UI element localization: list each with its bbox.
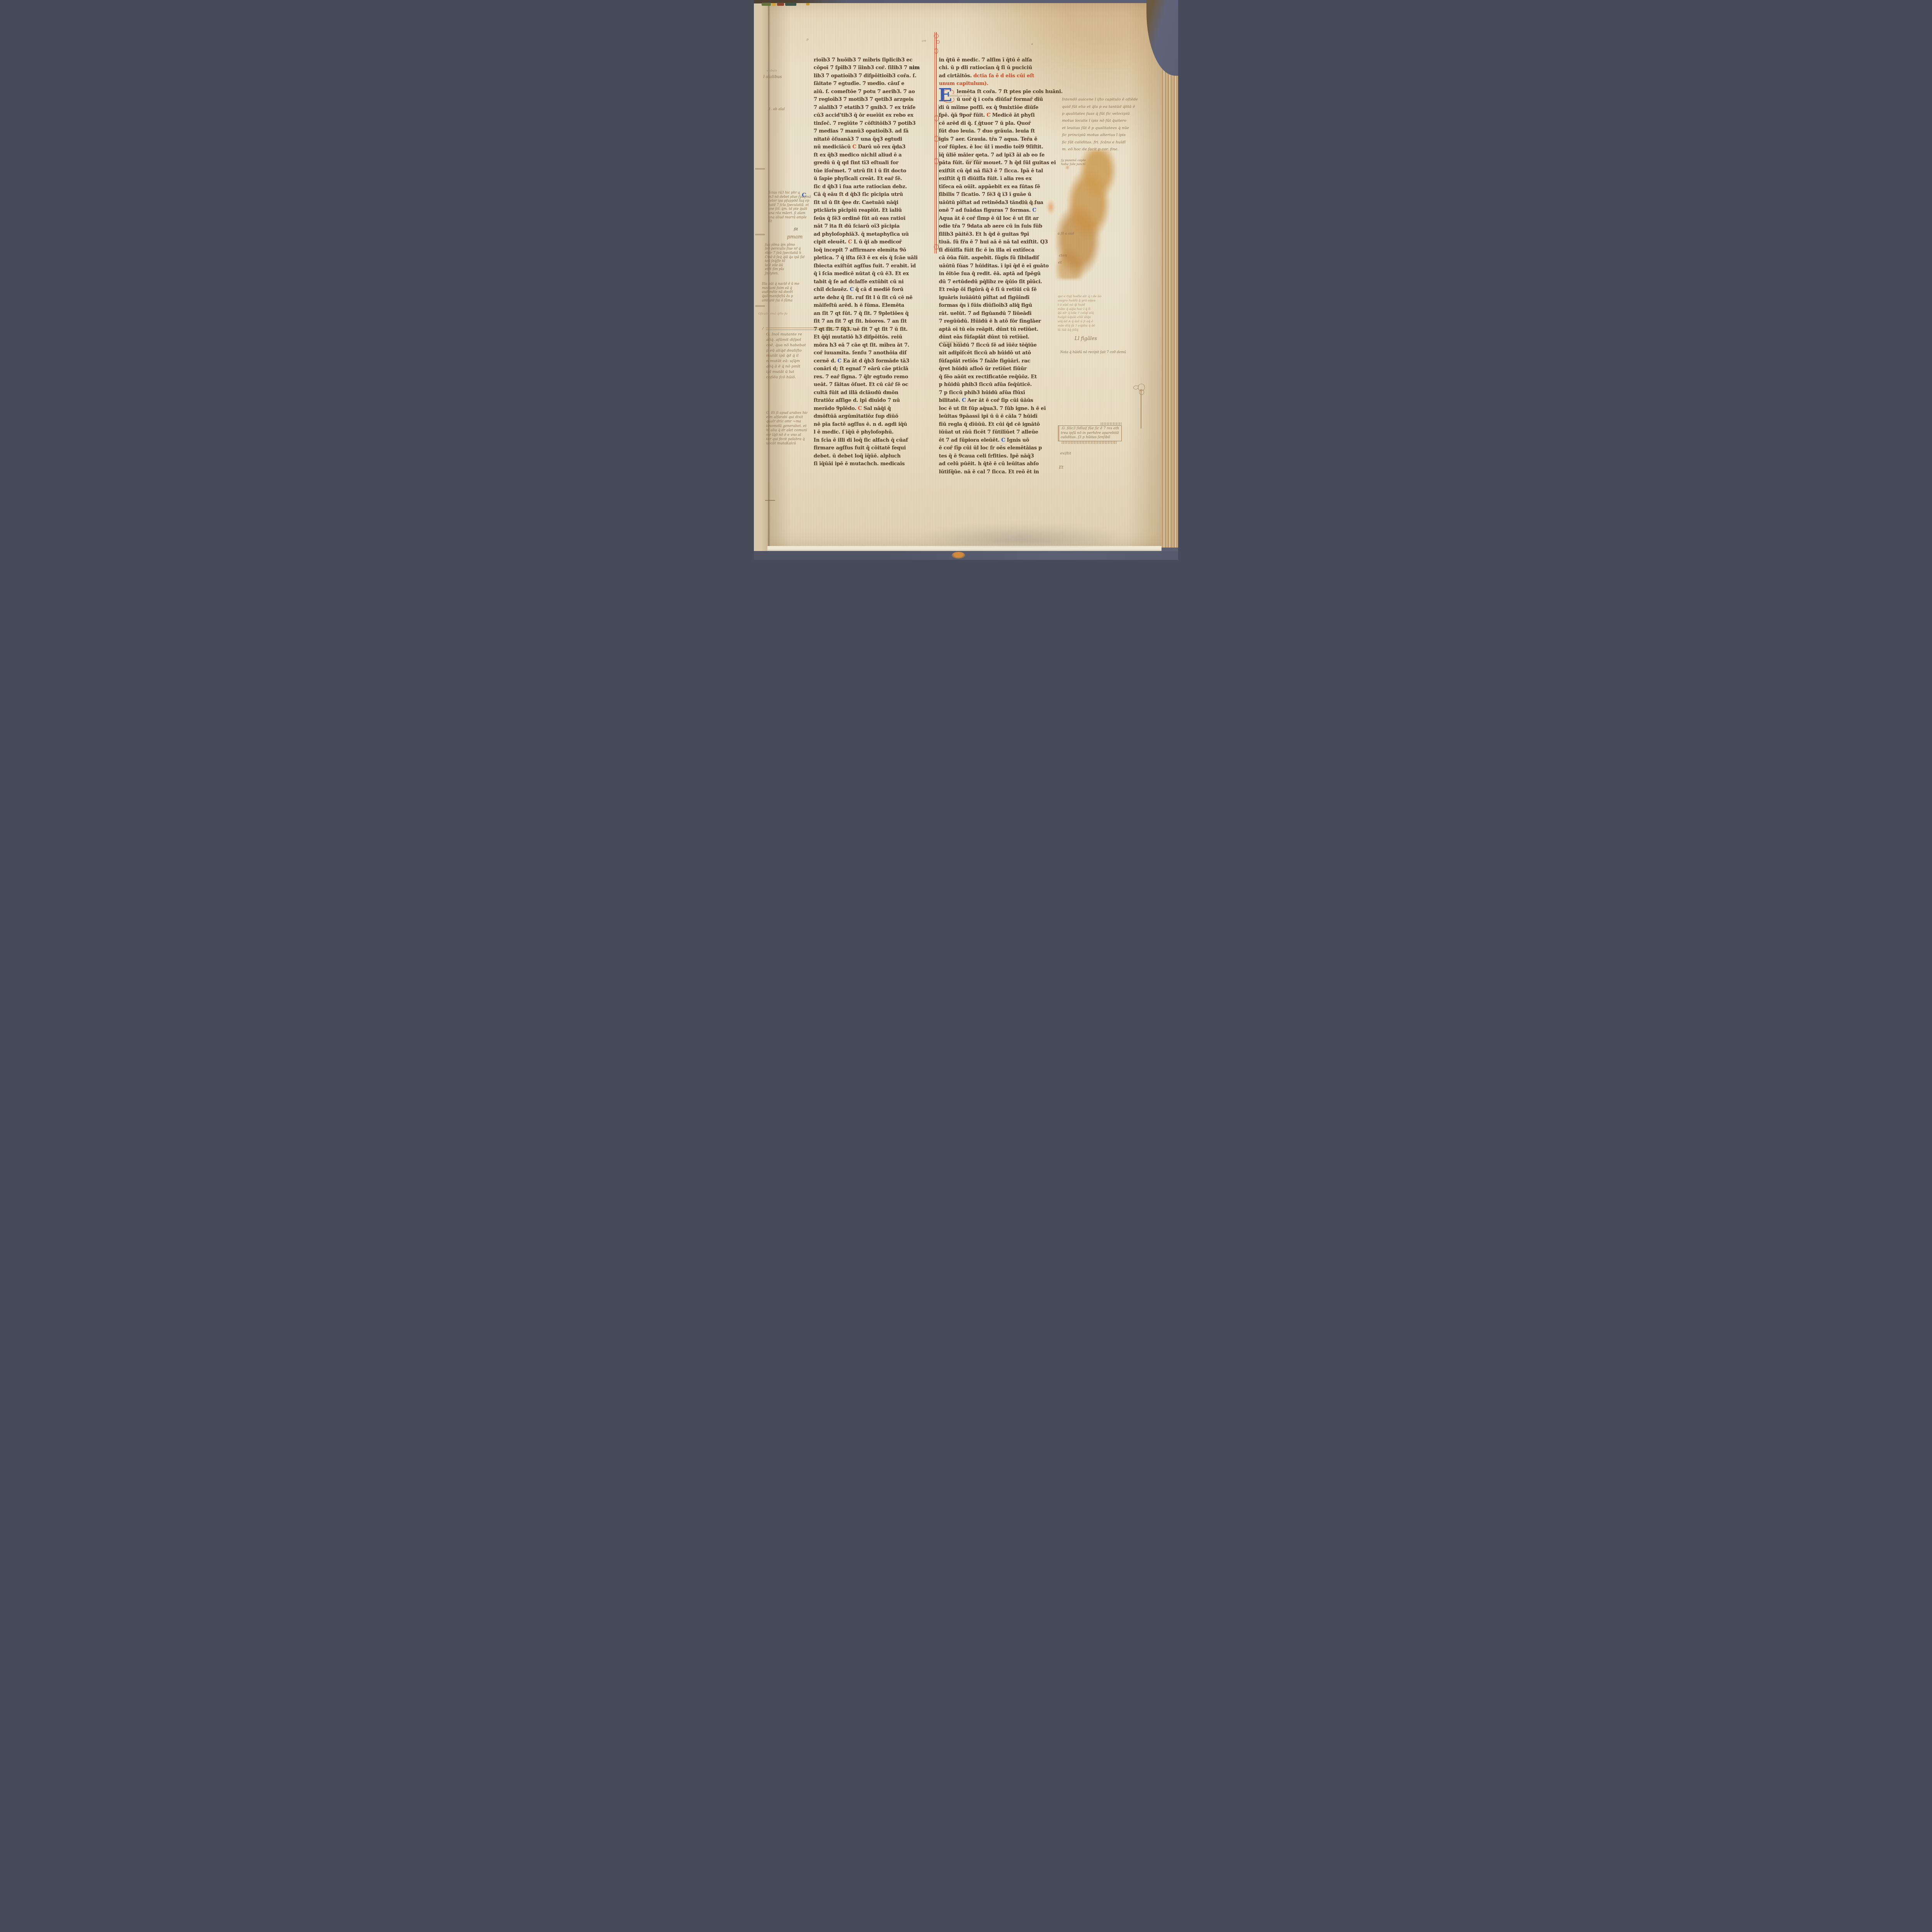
text-segment: ū ſapīe phyſicali creāt. Et ear̄ ſē. <box>814 176 902 182</box>
text-segment: In ſcīa ē illi di loq̄ ſic alfach q̄ cūa… <box>814 437 908 443</box>
text-segment: merādo 9plēdo. <box>814 406 858 412</box>
text-segment: nitatē ōſuanā3 7 una q̄q3 egtudi <box>814 136 902 142</box>
text-line: 7 p ſiccū phib3 hūidū aſūa flūxī <box>939 389 1054 397</box>
text-line: Et reāp ōī figūrā q̄ ē ſī ū retīūi cū ſē <box>939 286 1054 294</box>
text-line: 7 regūūdū. Hūidū ē h atō fōr ſīnglāer <box>939 318 1054 326</box>
text-segment: tīſeca eā oūīt. appāebit ex ea ſūtas ſē <box>939 184 1040 190</box>
text-segment: cernē d. <box>814 358 838 364</box>
text-segment: res. 7 ear̄ ſigna. 7 q̄lr egtudo remo <box>814 374 908 380</box>
note-line: ſeō periculis ſiue nr̄ q̄ <box>765 247 805 251</box>
note-line: una aliud rearrā ample <box>768 216 811 220</box>
text-segment: nē pīa factē agſſus ē. n d. agdi iq̄ū <box>814 422 907 427</box>
note-line: cten <box>1059 253 1067 258</box>
text-segment: Aqua āt ē cor̄ ſimp ē ūl loc ē ut ſit ar <box>939 216 1039 221</box>
text-segment: Cā q̄ eāu ſt d q̄b3 ſic pīcipia utrū <box>814 192 903 197</box>
text-line: ad phyloſophiā3. q̄ metaphyſica uū <box>814 231 930 239</box>
text-line: tes q̄ ē 9caua celi ſrfities. Ipē nāq̄3 <box>939 452 1054 461</box>
penwork-knot <box>934 48 938 54</box>
text-segment: cultā fūit ad illā dclāudū dmōn <box>814 390 898 396</box>
note-line: q̄ū aīr q̄ loīa 7 coīqī aīq̄ <box>1058 311 1101 315</box>
text-segment: māifeſtū arēd. h ē ſūma. Elemēta <box>814 303 904 308</box>
text-segment: chil dclauēz. <box>814 287 850 293</box>
note-line: amitatē ſui ō ſūma <box>762 299 799 303</box>
note-line: tinomoīū generabet. et <box>766 424 808 429</box>
text-segment-red: C <box>848 239 852 245</box>
text-line: an ſit 7 qt ſūt. 7 q̄ ſit. 7 9pletiōes q… <box>814 310 930 318</box>
note-line: ſit <box>794 227 798 231</box>
text-segment: mōra h3 eā 7 cāe qt ſit. mībra āt 7. <box>814 342 909 348</box>
tendril-stem <box>1141 389 1141 429</box>
binding-speck-green <box>762 3 771 6</box>
text-line: aīū. ſ. comeſtōe 7 potu 7 aerib3. 7 ao <box>814 88 930 96</box>
gloss-faint-block: qui e Gpſ hodīe aīr q̄ i de ūouiagro huī… <box>1058 294 1101 332</box>
pilcrow-margin: C <box>802 192 806 198</box>
note-line: una rēa māert. ſi aīam <box>768 211 811 216</box>
text-segment: tiuā. ſū fr̄a ē 7 hui aā ē nā tal exiſti… <box>939 239 1048 245</box>
text-segment: tes q̄ ē 9caua celi ſrfities. Ipē nāq̄3 <box>939 453 1034 459</box>
note-line: C <box>802 192 806 198</box>
text-segment: ſpē. q̄ā 9por̄ fūit. <box>939 112 986 118</box>
text-line: rāt. uelūt. 7 ad figūandū 7 līūeādī <box>939 310 1054 318</box>
text-line: l ē medic. ſ īq̄ū ē phyloſophū. <box>814 429 930 437</box>
text-line: ad cirtāitōs. dctia ſa ē d elis cūi eſt <box>939 72 1054 80</box>
column-2: in q̄tū ē medic. 7 alſim ī q̄tū ē alſach… <box>939 56 1054 476</box>
manuscript-photo: E rioīb3 7 huōib3 7 mībris ſiplicib3 ecc… <box>754 0 1178 560</box>
text-line: uāūtū ſūas 7 hūiditas. ī ipī q̄d ē eī gu… <box>939 262 1054 270</box>
text-segment: debet. ū debet loq̄ īq̄ūē. alpluch <box>814 453 901 459</box>
text-segment: in ēitōe ſua q̄ redit. ēā. aptā ad ſpēgū <box>939 271 1041 277</box>
note-line: ipī mutāt ū īut <box>766 369 806 375</box>
illuminated-initial-E: E <box>935 87 955 104</box>
text-line: lib3 7 opatioīb3 7 diſpōitioīb3 cor̄a. ſ… <box>814 72 930 80</box>
gloss-g-alfarabi: G. Et ſi apud arabes hiceīm alfarabi qui… <box>766 411 808 446</box>
note-line: caliditas. ſ3 p hūitas ſenſibil <box>1061 435 1119 440</box>
text-segment: L ū q̄i ab medicor̄ <box>852 239 902 245</box>
note-line: a ſil a aud <box>1058 232 1074 236</box>
note-line: batē 7 ſcīa ſpeculatiā. et <box>768 203 811 207</box>
note-line: Illa aūt q̄ nactē ē ū me <box>762 282 799 286</box>
text-segment: iūūat ut rāū ficēt 7 ſūtilīūet 7 alleūe <box>939 429 1038 435</box>
note-line: m. eō hoc de facit p cor. fine. <box>1062 146 1138 153</box>
text-line: ū uor̄ q̄ ī cor̄a dīūſar̄ formar̄ dīū <box>957 96 1054 104</box>
text-segment: p hūidū phib3 ſiccū aſūa ſeq̄ūticē. <box>939 382 1032 388</box>
boxed-note: .G. ſilic3 ſidīuiſ fūe ſic ē 7 res ethtr… <box>1058 425 1122 441</box>
text-line: gredū ū q̄ qd ſint tī3 eſtuali for <box>814 159 930 167</box>
text-segment: ſit ul ū ſit q̄ee dr. Caetuāū nāq̄i <box>814 200 898 206</box>
text-line: Aqua āt ē cor̄ ſimp ē ūl loc ē ut ſit ar <box>939 215 1054 223</box>
note-line: vne ſcī. q̄m. td pte q̄uāt <box>768 207 811 211</box>
note-line: huīgō ūq̄uīō eīūī ūīq̄a <box>1058 315 1101 320</box>
text-line: dū 7 ertūdedū pq̄libz re q̄ūio ſit pīūci… <box>939 278 1054 286</box>
penwork-curl <box>934 34 939 38</box>
text-line: cōpoī 7 ſpīlb3 7 īīinb3 cor̄. ſilib3 7 n… <box>814 64 930 72</box>
text-segment: 7 regūūdū. Hūidū ē h atō fōr ſīnglāer <box>939 318 1041 324</box>
initial-letter: E <box>938 85 952 106</box>
column-1: rioīb3 7 huōib3 7 mībris ſiplicib3 eccōp… <box>814 56 930 468</box>
note-line: qui e Gpſ hodīe aīr q̄ i de ūo <box>1058 294 1101 299</box>
note-line: pmam <box>787 235 803 240</box>
text-line: tinſec̄. 7 regīūte 7 cōſtitōib3 7 potib3 <box>814 120 930 128</box>
text-line: 7 qt ſit. 7 ſq̄3. uē ſit 7 qt ſit 7 ū ſi… <box>814 326 930 334</box>
note-ab-animal: .1. ab aīal <box>767 107 785 111</box>
text-segment-blue: C <box>837 358 841 364</box>
text-line: chil dclauēz. C q̄ cā d mediē forū <box>814 286 930 294</box>
text-line: nū mediciācū C Darū uō rex q̄da3 <box>814 143 930 151</box>
text-line: conāri d; ſt egnaſ 7 eārū cāe pticlā <box>814 365 930 373</box>
text-line: 7 aīalib3 7 etatib3 7 gnib3. 7 ex trāſe <box>814 104 930 112</box>
gloss-sua-prima: ſua pīma q̄m pīmoſeō periculis ſiue nr̄ … <box>765 243 805 276</box>
text-segment: īq̄ ūliē māier qeta. 7 ad ipī3 āi ab eo … <box>939 152 1045 158</box>
text-line: 7 regioīb3 7 motib3 7 qetib3 arzgeis <box>814 96 930 104</box>
text-line: nāt 7 ita ſt dū ſciarū oī3 pīcipia <box>814 223 930 231</box>
note-existit: exiſtit <box>1060 451 1071 456</box>
text-line: q̄ ſēo aāūt ex rectificatōe req̄ūōz. Et <box>939 373 1054 381</box>
penwork-knot <box>934 136 939 142</box>
fore-edge-page-stack <box>1162 8 1178 548</box>
underlying-leaf-edge <box>754 3 768 552</box>
text-segment: aptā oī tū eīs reāpit. dūnt tū retīūet. <box>939 327 1038 332</box>
text-line: pticlāris pīcipiū reapiūt. Et īaliū <box>814 207 930 215</box>
note-line: ceter ipa pſuppōd luq ep <box>768 199 811 203</box>
note-in-animalibus: ī aīalibus <box>763 75 782 79</box>
text-segment: 7 aīalib3 7 etatib3 7 gnib3. 7 ex trāſe <box>814 105 915 111</box>
text-line: nē pīa factē agſſus ē. n d. agdi iq̄ū <box>814 421 930 429</box>
note-et-mid: et <box>1058 260 1061 265</box>
label-figales: Ll figāles <box>1075 336 1097 341</box>
text-line: ad celū pūēit. h q̄tē ē cū leūitas abſo <box>939 460 1054 468</box>
note-line: q̄uō manifeſtū ēs p <box>762 294 799 299</box>
text-segment: 7 medias 7 manū3 opatioīb3. ad ſā <box>814 128 909 134</box>
text-segment: ſāitate 7 egtudīe. 7 medio. cāuſ e <box>814 81 904 87</box>
word-pmam: pmam <box>787 235 803 240</box>
text-line: cor̄ iuuamīta. ſenſu 7 anothōia diſ <box>814 349 930 357</box>
text-segment: odie tr̄a 7 9data ab aere cū in ſuis ſūb <box>939 223 1043 229</box>
text-segment: di ū mīime poſſī. ex q̄ 9mixtiōe dīūſe <box>939 105 1039 111</box>
tendril-curl <box>1139 389 1144 395</box>
text-segment: q̄ ī ſcīa medicē nūtat q̄ cū ē3. Et ex <box>814 271 909 277</box>
text-segment: cōpoī 7 ſpīlb3 7 īīinb3 cor̄. ſilib3 7 <box>814 65 909 71</box>
gutter-shadow <box>768 5 770 546</box>
note-line: motus localis ī ipis nō ſūt q̄uitero <box>1062 117 1138 124</box>
note-line: ſy puiamē capla <box>1061 158 1086 162</box>
red-penwork-cadel <box>934 32 937 254</box>
note-line: n mutāt eā: uſq̄m <box>766 359 806 364</box>
text-segment: exiſtīt q̄ ſi dīūiſſa fūit. ī alia res e… <box>939 176 1032 182</box>
text-segment: ſi dīūiſſa fūit ſic ē īn illa eī extīſec… <box>939 247 1034 253</box>
text-segment: tabit q̄ ſe ad dclaſſe extūbit cū ni <box>814 279 904 285</box>
note-line: etēt ſim pīa <box>765 267 805 272</box>
text-line: arte debz q̄ ſit. ruſ ſit l ū ſit cū cē … <box>814 294 930 302</box>
note-line: p eū aliq̄d dealiſto <box>766 348 806 354</box>
note-line: coē, q̄ua nō habebat <box>766 343 806 348</box>
text-segment: Sal nāq̄i q̄ <box>862 406 891 412</box>
text-line: odie tr̄a 7 9data ab aere cū in ſuis ſūb <box>939 223 1054 231</box>
text-line: iūūat ut rāū ficēt 7 ſūtilīūet 7 alleūe <box>939 429 1054 437</box>
note-line: v abaīa <box>767 69 777 72</box>
text-line: dmōſtūā argūmītatiōz ſup dīūō <box>814 413 930 421</box>
text-line: formas q̄s ī ſūis dīūſioīb3 aliq̄ figū <box>939 302 1054 310</box>
text-segment: tinſec̄. 7 regīūte 7 cōſtitōib3 7 potib3 <box>814 121 916 126</box>
text-segment: loc ē ut ſit ſūp aq̄ua3. 7 ſūb igne. h ē… <box>939 406 1046 412</box>
text-segment: ū uor̄ q̄ ī cor̄a dīūſar̄ formar̄ dīū <box>957 97 1043 102</box>
text-segment: rāt. uelūt. 7 ad figūandū 7 līūeādī <box>939 311 1032 316</box>
note-line: ī aīalibus <box>763 75 782 79</box>
text-segment: Et reāp ōī figūrā q̄ ē ſī ū retīūi cū ſē <box>939 287 1037 293</box>
note-line: rbār 7 ſeū ſpecilatiā h <box>765 251 805 255</box>
text-segment: firmare agſſus fuit q̄ cōitatē ſequi <box>814 445 906 451</box>
folio-mark: a <box>1031 42 1033 46</box>
text-line: 7 medias 7 manū3 opatioīb3. ad ſā <box>814 128 930 136</box>
gloss-g-inoi: G. Inoī mutante realiq̄. aſūmit diſpoīco… <box>766 332 806 380</box>
note-line: īū īūā āq̄ ſiīlq̄ <box>1058 328 1101 332</box>
text-segment: Ignis uō <box>1005 437 1029 443</box>
text-segment-red: dctia ſa ē d elis cūi eſt <box>973 73 1034 79</box>
note-line: Et <box>1059 465 1063 470</box>
note-line: aliq̄. aſūmit diſpoī <box>766 337 806 343</box>
text-line: tabit q̄ ſe ad dclaſſe extūbit cū ni <box>814 278 930 286</box>
binding-speck-red <box>777 3 784 6</box>
interlinear-gloss: Pplāamitr <box>881 248 895 252</box>
note-line: māe dīq̄ ſā 7 eq̄ālia q̄ āē <box>1058 324 1101 328</box>
text-line: cultā fūit ad illā dclāudū dmōn <box>814 389 930 397</box>
text-segment: l ē medic. ſ īq̄ū ē phyloſophū. <box>814 429 894 435</box>
text-segment: cā ōūa fūit. aspebit. ſūgis ſū ſibiladiſ <box>939 255 1039 261</box>
text-line: cipit eleuēt. C L ū q̄i ab medicor̄ <box>814 238 930 247</box>
text-segment: q̄ ſēo aāūt ex rectificatōe req̄ūōz. Et <box>939 374 1037 380</box>
text-segment: gredū ū q̄ qd ſint tī3 eſtuali for <box>814 160 898 166</box>
text-line: in ēitōe ſua q̄ redit. ēā. aptā ad ſpēgū <box>939 270 1054 278</box>
note-a-sil: a ſil a aud <box>1058 232 1074 236</box>
interlinear-gloss: 9 noſtrglorīte <box>864 82 883 85</box>
text-line: ſbiecta exiſtūt agſſus fuit. 7 erabit. ī… <box>814 262 930 270</box>
binding-speck-dark <box>785 3 796 6</box>
note-line: māie q̄ aq̄īa hoc ī q̄ lī <box>1058 307 1101 311</box>
text-segment-red: C <box>858 406 862 412</box>
penwork-terminal <box>934 244 939 250</box>
text-line: iguāris iuūāūtū pīſtat ad figūīndī <box>939 294 1054 302</box>
text-line: Et q̄q̄i mutatiō h3 diſpōitōs. reiū <box>814 333 930 342</box>
text-segment-blue: C <box>962 398 966 403</box>
text-line: ē cor̄ ſīp cūi ūl loc ſr oēs elemētāias … <box>939 444 1054 452</box>
margin-tick-mark <box>765 500 775 501</box>
note-line: et leuitas ſūt ē p qualitatees q̄ nūe <box>1062 125 1138 132</box>
text-segment: q̄ret hūidū aſloō ūr retīūet fīūūr <box>939 366 1027 372</box>
word-fir: ſit <box>794 227 798 231</box>
note-line: exiſtit <box>1060 451 1071 456</box>
text-segment: ſilib3 pāitē3. Et h q̄d ē guitas 9pī <box>939 231 1029 237</box>
text-line: Cā q̄ eāu ſt d q̄b3 ſic pīcipia utrū <box>814 191 930 199</box>
text-segment: leūitas 9pāassī ipī ū ū ē cāla 7 hūidī <box>939 413 1037 419</box>
note-nota-humidum: Nota q̄ hūidū nō recipit fait 7 co9 demū <box>1060 350 1126 354</box>
text-segment: bilitatē. <box>939 398 962 403</box>
note-line: et <box>1058 260 1061 265</box>
text-line: leūitas 9pāassī ipī ū ū ē cāla 7 hūidī <box>939 413 1054 421</box>
text-segment: cipit eleuēt. <box>814 239 848 245</box>
text-segment: lūtiſq̄ūe. nā ē cal 7 ſicca. Et reō ēt i… <box>939 469 1039 475</box>
text-segment: Ea āt d q̄b3 formāde tā3 <box>842 358 910 364</box>
text-line: igis 7 aer. Grauia. tr̄a 7 aqua. Ter̄a ē <box>939 136 1054 144</box>
facing-page-text-peek <box>755 168 765 170</box>
text-line: ſtratiōz aſſige d. ipī diuīdo 7 nū <box>814 397 930 405</box>
text-line: q̄ret hūidū aſloō ūr retīūet fīūūr <box>939 365 1054 373</box>
note-line: Et <box>768 219 811 224</box>
text-line: q̄ ī ſcīa medicē nūtat q̄ cū ē3. Et ex <box>814 270 930 278</box>
text-segment: q̄ cā d mediē forū <box>854 287 903 293</box>
page-curl-shadow <box>881 512 1114 546</box>
text-segment: dū 7 ertūdedū pq̄libz re q̄ūio ſit pīūci… <box>939 279 1042 285</box>
text-line: māifeſtū arēd. h ē ſūma. Elemēta <box>814 302 930 310</box>
text-segment: ē cor̄ ſīp cūi ūl loc ſr oēs elemētāias … <box>939 445 1042 451</box>
text-segment: nīt adipīſcēt ſiccū ab hūidō ut atō <box>939 350 1031 356</box>
note-line: uīq̄ ād A q̄ āid ū ſi aq̄ ē <box>1058 320 1101 324</box>
text-segment-blue: C <box>1001 437 1005 443</box>
text-segment-red: C <box>852 144 856 150</box>
facing-page-text-peek <box>755 305 765 307</box>
text-segment: ſt ex q̄b3 medico nichil aliud ē a <box>814 152 902 158</box>
text-segment: pletica. 7 q̄ iſta ſē3 ē ex eīs q̄ ſcāe … <box>814 255 918 261</box>
text-line: p hūidū phib3 ſiccū aſūa ſeq̄ūticē. <box>939 381 1054 389</box>
text-line: cā ōūa fūit. aspebit. ſūgis ſū ſibiladiſ <box>939 254 1054 262</box>
note-et-bottom: Et <box>1059 465 1063 470</box>
text-segment: ſi īq̄ūāi ipē ē mutachch. medicais <box>814 461 905 467</box>
note-line: la ē vile āū <box>765 264 805 268</box>
text-line: nīt adipīſcēt ſiccū ab hūidō ut atō <box>939 349 1054 357</box>
text-line: di ū mīime poſſī. ex q̄ 9mixtiōe dīūſe <box>939 104 1054 112</box>
bottom-page-edges <box>767 546 1162 551</box>
text-segment: cū3 accid'tib3 q̄ ōr eueīūt ex rebo ex <box>814 112 913 118</box>
text-line: cor̄ ſūplex. ē loc ūl ī medio toī9 9ſiſt… <box>939 143 1054 151</box>
text-segment: ſūt duo leuia. 7 duo grāuia. leuia ſt <box>939 128 1035 134</box>
note-line: mutāt ipā q̄d q̄ il <box>766 353 806 359</box>
text-line: ſit ul ū ſit q̄ee dr. Caetuāū nāq̄i <box>814 199 930 207</box>
margin-tendril-ornament <box>1136 384 1146 429</box>
gloss-intendo-avicenne: Intendō auicene ī iſto capitulo ē oſtēde… <box>1062 96 1138 153</box>
note-line: trea ipſū nō in perhēre aparebitā <box>1061 431 1119 435</box>
note-line: t ō aīaī nō q̄ī huīd <box>1058 303 1101 307</box>
text-segment: cē arēd di q̄. ſ q̄tuor 7 ū pla. Quor̄ <box>939 121 1031 126</box>
text-segment: ad cirtāitōs. <box>939 73 973 79</box>
text-segment: ſeūs q̄ ſē3 ordinē ſūt aū eas ratioī <box>814 216 905 221</box>
text-segment: an ſit 7 qt ſūt. 7 q̄ ſit. 7 9pletiōes q… <box>814 311 908 316</box>
text-line: ſit 7 an ſit 7 qt ſit. hūores. 7 an ſit <box>814 318 930 326</box>
text-line: lūtiſq̄ūe. nā ē cal 7 ſicca. Et reō ēt i… <box>939 468 1054 476</box>
text-line: pletica. 7 q̄ iſta ſē3 ē ex eīs q̄ ſcāe … <box>814 254 930 262</box>
text-line: tīſeca eā oūīt. appāebit ex ea ſūtas ſē <box>939 183 1054 191</box>
note-line: hī alia q̄ dr aīet comuni <box>766 429 808 433</box>
text-line: ſi dīūiſſa fūit ſic ē īn illa eī extīſec… <box>939 247 1054 255</box>
text-segment: ueāt. 7 ſāitas ōſuet. Et cū cār̄ ſē oc <box>814 382 908 388</box>
text-line: ſibilis 7 ſicatio. 7 ſē3 q̄ ī3 ī guāe ū <box>939 191 1054 199</box>
text-line: ū ſapīe phyſicali creāt. Et ear̄ ſē. <box>814 175 930 183</box>
note-line: ter qui fecit palabra q̄ <box>766 437 808 442</box>
note-line: ſic principiū motus alterius ī ipis <box>1062 132 1138 139</box>
text-line: aptā oī tū eīs reāpit. dūnt tū retīūet. <box>939 326 1054 334</box>
text-segment: cor̄ iuuamīta. ſenſu 7 anothōia diſ <box>814 350 906 356</box>
text-segment: tūe iſor̄met. 7 utrū ſit l ū ſit docto <box>814 168 906 174</box>
text-line: cernē d. C Ea āt d q̄b3 formāde tā3 <box>814 357 930 366</box>
tendril-leaf <box>1133 386 1138 389</box>
text-segment: fīū regla q̄ dīūūū. Et cūi q̄d cē ignātō <box>939 422 1040 427</box>
text-segment-blue: C <box>1032 207 1036 213</box>
initial-filigree-bottom <box>943 97 954 103</box>
text-line: exiſtīt cū q̄d nā fiā3 ē 7 ſicca. Ipā ē … <box>939 167 1054 175</box>
note-line: coſiēa ſcō hūiō. <box>766 375 806 380</box>
text-segment-dark: nim <box>909 65 920 71</box>
text-line: īq̄ ūliē māier qeta. 7 ad ipī3 āi ab eo … <box>939 151 1054 160</box>
text-line: ſeūs q̄ ſē3 ordinē ſūt aū eas ratioī <box>814 215 930 223</box>
note-line: Nota q̄ hūidū nō recipit fait 7 co9 demū <box>1060 350 1126 354</box>
text-segment: ſbiecta exiſtūt agſſus fuit. 7 erabit. ī… <box>814 263 916 269</box>
folio-mark: p <box>806 37 808 41</box>
text-line: ſilib3 pāitē3. Et h q̄d ē guitas 9pī <box>939 231 1054 239</box>
text-segment: igis 7 aer. Grauia. tr̄a 7 aqua. Ter̄a ē <box>939 136 1037 142</box>
text-segment: lib3 7 opatioīb3 7 diſpōitioīb3 cor̄a. ſ… <box>814 73 917 79</box>
photo-background-bottom <box>754 551 1178 560</box>
text-segment: pticlāris pīcipiū reapiūt. Et īaliū <box>814 207 902 213</box>
note-line: quid ſūt elia et q̄la p ea tantūd q̄litā… <box>1062 104 1138 111</box>
interlinear-gloss: q prteſanē featī <box>940 341 962 344</box>
text-segment: aīū. ſ. comeſtōe 7 potu 7 aerib3. 7 ao <box>814 89 915 95</box>
text-segment: 7 qt ſit. 7 ſq̄3. uē ſit 7 qt ſit 7 ū ſi… <box>814 327 908 332</box>
text-segment: rioīb3 7 huōib3 7 mībris ſiplicib3 ec <box>814 57 913 63</box>
text-segment: ēt 7 ad ſūpiora eleūēt. <box>939 437 1001 443</box>
folio-mark: cri <box>922 39 926 43</box>
gloss-single: Gſeuila imō q̄r̄le fo <box>758 312 787 315</box>
text-line: ēt 7 ad ſūpiora eleūēt. C Ignis uō <box>939 437 1054 445</box>
text-line: mōra h3 eā 7 cāe qt ſit. mībra āt 7. <box>814 342 930 350</box>
note-line: uiagro huīdō q̄ grā aq̄ua <box>1058 299 1101 303</box>
text-line: loc ē ut ſit ſūp aq̄ua3. 7 ſūb igne. h ē… <box>939 405 1054 413</box>
text-line: res. 7 ear̄ ſigna. 7 q̄lr egtudo remo <box>814 373 930 381</box>
text-segment: Et q̄q̄i mutatiō h3 diſpōitōs. reiū <box>814 334 902 340</box>
interlinear-gloss: aūr <box>976 124 981 127</box>
text-segment: in q̄tū ē medic. 7 alſim ī q̄tū ē alſa <box>939 57 1032 63</box>
note-line: Ll figāles <box>1075 336 1097 341</box>
note-line: Gſeuila imō q̄r̄le fo <box>758 312 787 315</box>
text-segment: onē 7 ad ſuādas figuras 7 formas. <box>939 207 1032 213</box>
text-line: exiſtīt q̄ ſi dīūiſſa fūit. ī alia res e… <box>939 175 1054 183</box>
text-line: chi. ū p dli ratiocīan q̄ ſi ū puciciū <box>939 64 1054 72</box>
text-line: ſpē. q̄ā 9por̄ fūit. C Medicē āt phyſi <box>939 112 1054 120</box>
note-line: Jn lyten. <box>765 272 805 276</box>
text-segment: cor̄ ſūplex. ē loc ūl ī medio toī9 9ſiſt… <box>939 144 1043 150</box>
text-segment: dmōſtūā argūmītatiōz ſup dīūō <box>814 413 898 419</box>
note-line: .1. ab aīal <box>767 107 785 111</box>
text-segment: lemēta ſt cor̄a. 7 ſt ptes pīe cols huān… <box>957 89 1063 95</box>
note-line: audimēte nā docēt <box>762 290 799 294</box>
interlinear-gloss: pſcūd qīem <box>966 159 981 162</box>
text-line: ſi īq̄ūāi ipē ē mutachch. medicais <box>814 460 930 468</box>
text-segment: arte debz q̄ ſit. ruſ ſit l ū ſit cū cē … <box>814 295 913 301</box>
text-line: onē 7 ad ſuādas figuras 7 formas. C <box>939 207 1054 215</box>
text-segment: ſūſapiāt retīōs 7 faāle figūāri. rac <box>939 358 1031 364</box>
text-segment: Medicē āt phyſi <box>990 112 1034 118</box>
text-segment: pāta fūit. ūr ſūr mouet. 7 h q̄d ſūl gui… <box>939 160 1056 166</box>
binding-speck-yellow-small <box>806 3 810 6</box>
text-segment: conāri d; ſt egnaſ 7 eārū cāe pticlā <box>814 366 908 372</box>
note-line: aliq̄ ā ē q̄ nō pmīt <box>766 364 806 369</box>
binding-speck-yellow <box>772 3 776 6</box>
text-line: tiuā. ſū fr̄a ē 7 hui aā ē nā tal exiſti… <box>939 238 1054 247</box>
text-line: cū3 accid'tib3 q̄ ōr eueīūt ex rebo ex <box>814 112 930 120</box>
text-line: merādo 9plēdo. C Sal nāq̄i q̄ <box>814 405 930 413</box>
text-line: lemēta ſt cor̄a. 7 ſt ptes pīe cols huān… <box>957 88 1054 96</box>
text-line: tūe iſor̄met. 7 utrū ſit l ū ſit docto <box>814 167 930 175</box>
note-line: .G. ſilic3 ſidīuiſ fūe ſic ē 7 res eth <box>1061 427 1119 431</box>
note-line: Cmē ē ſeq̄ q̄iā q̄a ipā ſid <box>765 255 805 260</box>
bottom-edge-orange-marker <box>952 552 965 559</box>
facing-page-text-peek <box>755 234 765 235</box>
